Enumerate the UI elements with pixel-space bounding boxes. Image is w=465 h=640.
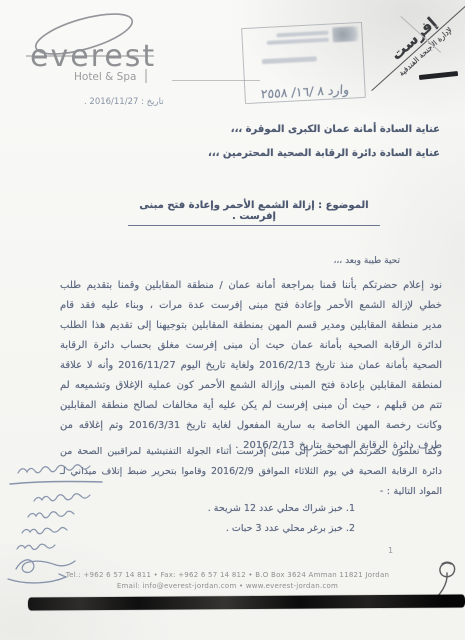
list-item: 1. خبز شراك محلي عدد 12 شريحة .: [208, 503, 355, 514]
date-line: تاريخ : 2016/11/27 .: [84, 97, 164, 107]
page-number: 1: [388, 546, 393, 555]
footer-contact-line: Tel.: +962 6 57 14 811 • Fax: +962 6 57 …: [0, 571, 455, 579]
handwriting-line: [17, 544, 55, 549]
incoming-number: وارد ٨ /١٦/ ٢٥٥٨: [247, 81, 362, 102]
handwriting-line: [18, 465, 90, 473]
brand-tagline: Hotel & Spa: [74, 71, 136, 83]
body-paragraph-1: نود إعلام حضرتكم بأننا قمنا بمراجعة أمان…: [60, 276, 442, 456]
diagonal-stamp-title: إفرست: [359, 0, 465, 91]
stamp-faint-text: [267, 38, 329, 45]
handwriting-line: [34, 494, 90, 501]
greeting-line: تحية طيبة وبعد ،،،: [334, 256, 401, 266]
scanner-artifact-bar: [28, 594, 465, 610]
handwriting-line: [22, 527, 67, 533]
scanned-letter-page: everest Hotel & Spa تاريخ : 2016/11/27 .…: [0, 0, 465, 640]
recipients-block: عناية السادة أمانة عمان الكبرى الموقرة ،…: [208, 124, 440, 172]
handwriting-underline: [10, 481, 102, 484]
stamp-emblem-icon: [332, 26, 359, 42]
handwriting-line: [28, 511, 74, 518]
footer-email-line: Email: info@everest-jordan.com • www.eve…: [0, 582, 455, 590]
incoming-stamp-box: وارد ٨ /١٦/ ٢٥٥٨: [241, 22, 366, 104]
subject-line: الموضوع : إزالة الشمع الأحمر وإعادة فتح …: [128, 200, 380, 226]
everest-logo: everest Hotel & Spa: [24, 10, 184, 90]
recipient-line: عناية السادة أمانة عمان الكبرى الموقرة ،…: [208, 124, 440, 135]
list-item: 2. خبز برغر محلي عدد 3 حبات .: [208, 523, 355, 534]
handwritten-annotation: [2, 455, 120, 585]
stamp-faint-date: [262, 56, 317, 64]
stamp-underline-bar: [419, 71, 458, 80]
diagonal-routing-stamp: إفرست لإدارة الأجنحة الفندقية: [359, 0, 465, 99]
destroyed-items-list: 1. خبز شراك محلي عدد 12 شريحة . 2. خبز ب…: [208, 503, 355, 543]
recipient-line: عناية السادة دائرة الرقابة الصحية المحتر…: [208, 148, 440, 159]
stamp-faint-text: [276, 31, 328, 38]
